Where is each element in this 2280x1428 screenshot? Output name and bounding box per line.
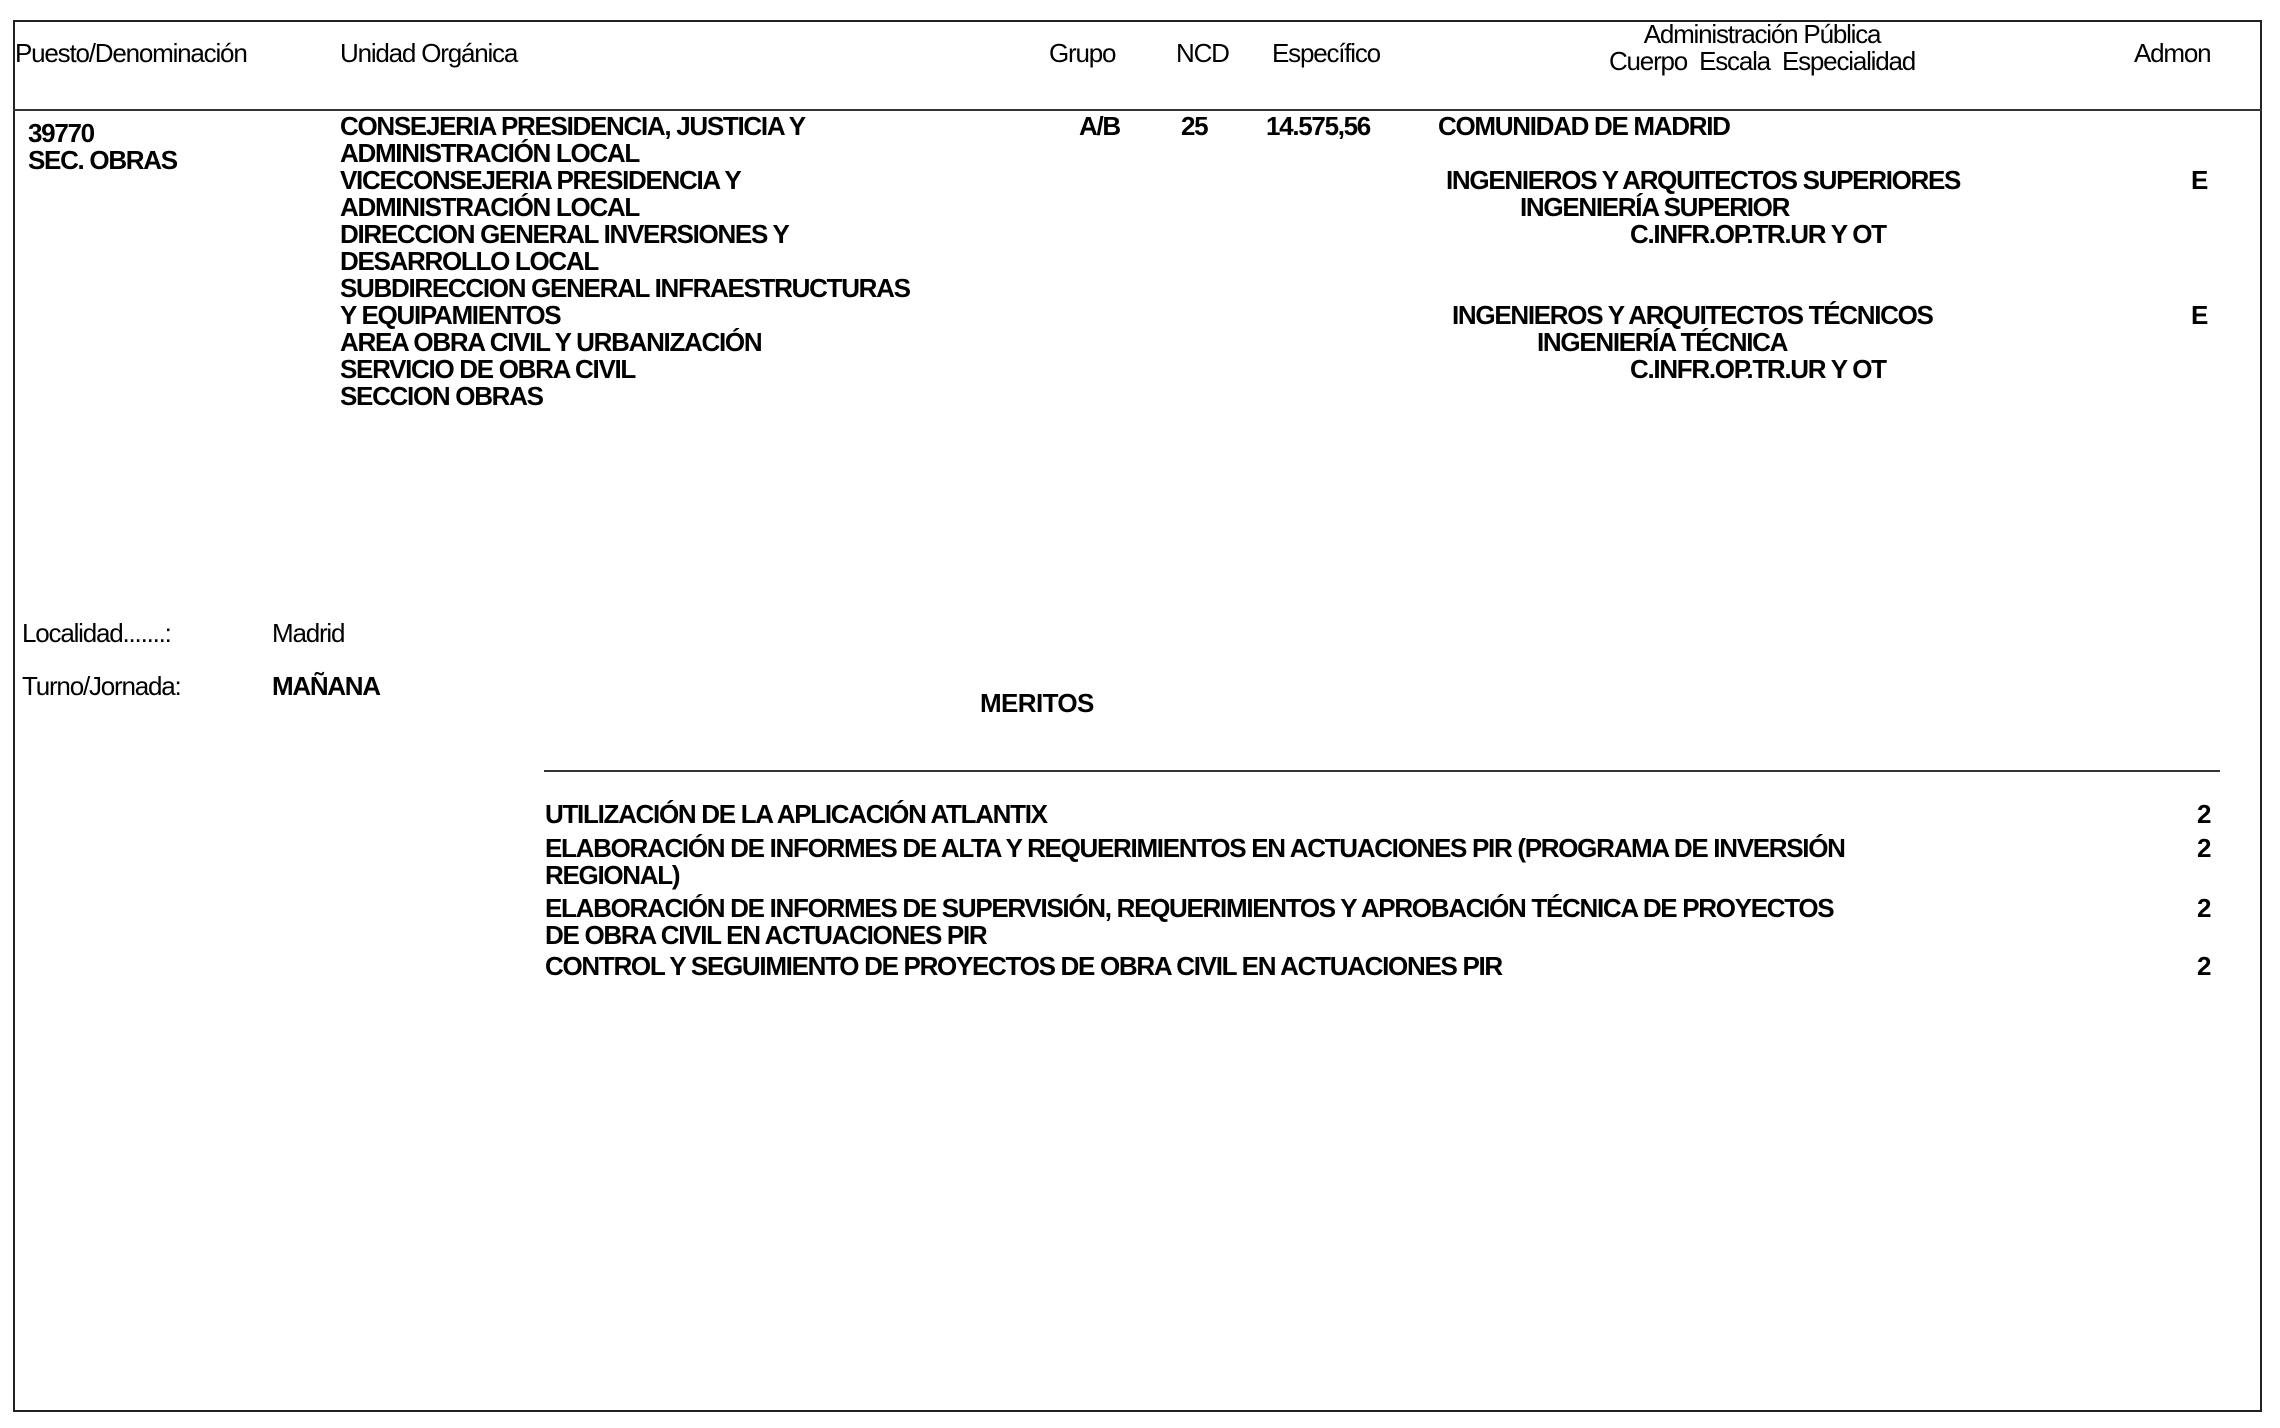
cuerpo-2: INGENIEROS Y ARQUITECTOS TÉCNICOS bbox=[1452, 302, 1933, 329]
merito-points: 2 bbox=[2197, 801, 2210, 828]
grupo-value: A/B bbox=[1079, 113, 1120, 140]
unidad-organica-line: Y EQUIPAMIENTOS bbox=[340, 302, 910, 329]
merito-points: 2 bbox=[2197, 953, 2210, 980]
unidad-organica-line: SUBDIRECCION GENERAL INFRAESTRUCTURAS bbox=[340, 275, 910, 302]
col-header-admon: Admon bbox=[2134, 40, 2210, 67]
unidad-organica-line: VICECONSEJERIA PRESIDENCIA Y bbox=[340, 167, 910, 194]
col-header-especifico: Específico bbox=[1272, 40, 1380, 67]
meritos-divider bbox=[544, 770, 2220, 772]
admon-2: E bbox=[2191, 302, 2207, 329]
col-header-unidad: Unidad Orgánica bbox=[340, 40, 517, 67]
unidad-organica-line: CONSEJERIA PRESIDENCIA, JUSTICIA Y bbox=[340, 113, 910, 140]
escala-2: INGENIERÍA TÉCNICA bbox=[1537, 329, 1787, 356]
merito-description: ELABORACIÓN DE INFORMES DE ALTA Y REQUER… bbox=[545, 835, 1845, 889]
col-header-puesto: Puesto/Denominación bbox=[15, 40, 247, 67]
position-id: 39770 SEC. OBRAS bbox=[28, 120, 177, 174]
col-header-cuerpo-escala: Cuerpo Escala Especialidad bbox=[1562, 48, 1962, 75]
turno-value: MAÑANA bbox=[272, 673, 380, 700]
col-header-grupo: Grupo bbox=[1049, 40, 1115, 67]
merito-description: UTILIZACIÓN DE LA APLICACIÓN ATLANTIX bbox=[545, 801, 1845, 828]
unidad-organica-line: ADMINISTRACIÓN LOCAL bbox=[340, 194, 910, 221]
position-name: SEC. OBRAS bbox=[28, 147, 177, 174]
admon-1: E bbox=[2191, 167, 2207, 194]
ncd-value: 25 bbox=[1181, 113, 1207, 140]
turno-label: Turno/Jornada: bbox=[22, 673, 181, 700]
especialidad-2: C.INFR.OP.TR.UR Y OT bbox=[1630, 356, 1886, 383]
administracion-value: COMUNIDAD DE MADRID bbox=[1438, 113, 1730, 140]
col-header-admin-publica: Administración Pública bbox=[1562, 21, 1962, 48]
merito-description: ELABORACIÓN DE INFORMES DE SUPERVISIÓN, … bbox=[545, 895, 1845, 949]
meritos-title: MERITOS bbox=[980, 690, 1094, 717]
especifico-value: 14.575,56 bbox=[1266, 113, 1370, 140]
unidad-organica-line: DESARROLLO LOCAL bbox=[340, 248, 910, 275]
merito-points: 2 bbox=[2197, 835, 2210, 862]
unidad-organica-line: SECCION OBRAS bbox=[340, 383, 910, 410]
merito-points: 2 bbox=[2197, 895, 2210, 922]
position-code: 39770 bbox=[28, 120, 177, 147]
cuerpo-1: INGENIEROS Y ARQUITECTOS SUPERIORES bbox=[1446, 167, 1960, 194]
especialidad-1: C.INFR.OP.TR.UR Y OT bbox=[1630, 221, 1886, 248]
localidad-value: Madrid bbox=[272, 620, 344, 647]
escala-1: INGENIERÍA SUPERIOR bbox=[1520, 194, 1789, 221]
unidad-organica-line: DIRECCION GENERAL INVERSIONES Y bbox=[340, 221, 910, 248]
merito-description: CONTROL Y SEGUIMIENTO DE PROYECTOS DE OB… bbox=[545, 953, 1845, 980]
unidad-organica-line: AREA OBRA CIVIL Y URBANIZACIÓN bbox=[340, 329, 910, 356]
localidad-label: Localidad.......: bbox=[22, 620, 171, 647]
unidad-organica-list: CONSEJERIA PRESIDENCIA, JUSTICIA YADMINI… bbox=[340, 113, 910, 410]
col-header-ncd: NCD bbox=[1176, 40, 1229, 67]
unidad-organica-line: ADMINISTRACIÓN LOCAL bbox=[340, 140, 910, 167]
unidad-organica-line: SERVICIO DE OBRA CIVIL bbox=[340, 356, 910, 383]
